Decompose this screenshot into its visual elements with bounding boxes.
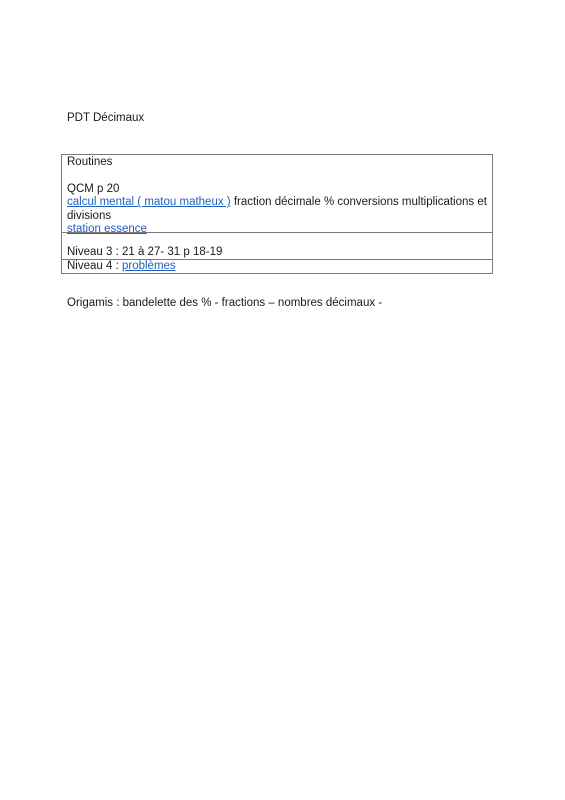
niveau3-cell: Niveau 3 : 21 à 27- 31 p 18-19 [62,233,492,260]
routines-table: Routines QCM p 20 calcul mental ( matou … [61,154,493,274]
station-essence-link[interactable]: station essence [67,223,147,235]
problemes-link[interactable]: problèmes [122,260,176,272]
routines-heading: Routines [67,156,487,169]
calcul-line: calcul mental ( matou matheux ) fraction… [67,196,487,223]
niveau4-cell: Niveau 4 : problèmes [62,260,492,273]
origamis-text: Origamis : bandelette des % - fractions … [67,296,382,310]
routines-cell: Routines QCM p 20 calcul mental ( matou … [62,155,492,233]
niveau4-label: Niveau 4 : [67,260,122,272]
calcul-mental-link[interactable]: calcul mental ( matou matheux ) [67,196,231,208]
niveau3-text: Niveau 3 : 21 à 27- 31 p 18-19 [67,246,487,259]
blank-line [67,169,487,182]
document-title: PDT Décimaux [67,111,144,125]
qcm-text: QCM p 20 [67,183,487,196]
